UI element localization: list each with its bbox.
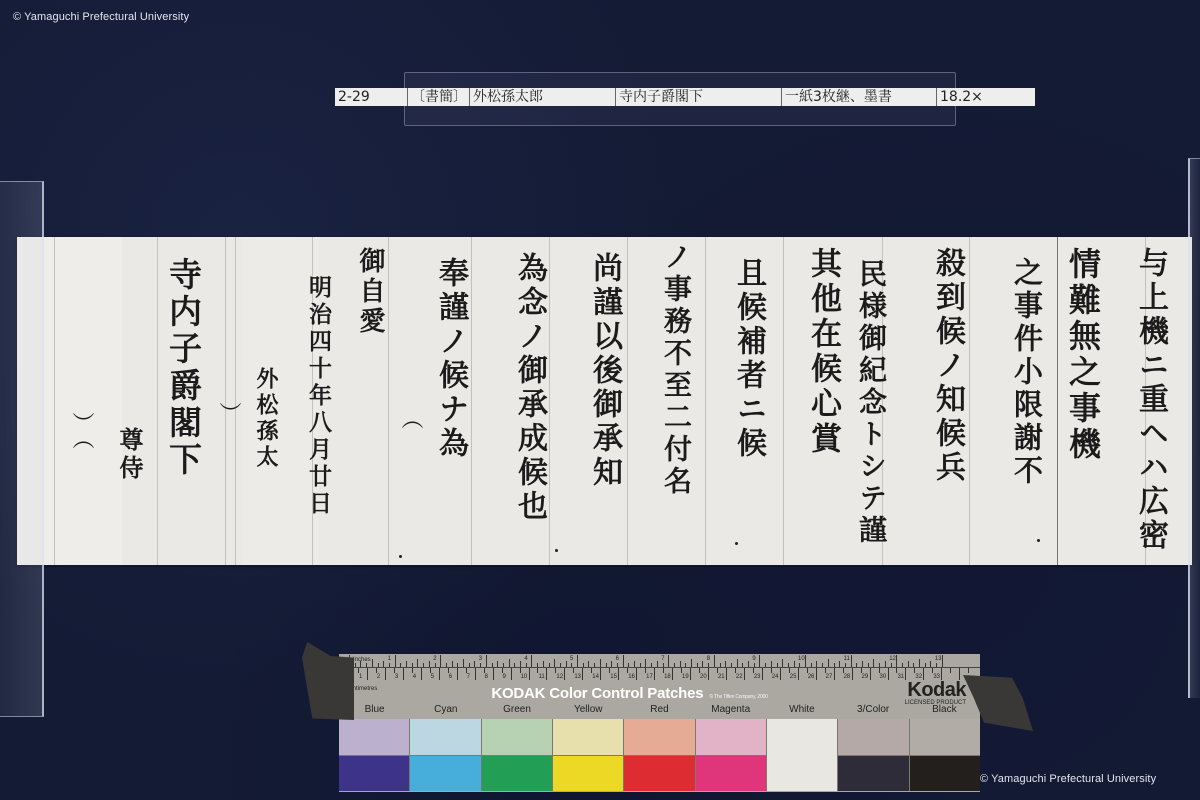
inch-tick — [463, 659, 464, 667]
inch-tick — [839, 661, 840, 667]
patch-column — [767, 719, 838, 791]
manuscript-column: 明治四十年八月廿日 — [307, 275, 330, 518]
inch-tick — [811, 663, 812, 667]
inch-tick — [754, 663, 755, 667]
color-patch-tint — [482, 719, 552, 756]
cm-mark-label: 9 — [503, 674, 506, 680]
cm-tick — [636, 668, 637, 680]
cm-tick — [654, 668, 655, 680]
inch-tick — [480, 663, 481, 667]
cm-tick — [475, 668, 476, 680]
inch-tick — [554, 659, 555, 667]
inch-tick — [930, 661, 931, 667]
inch-tick — [526, 663, 527, 667]
cm-tick — [753, 668, 754, 673]
cm-tick — [789, 668, 790, 673]
cm-tick — [699, 668, 700, 673]
cm-tick — [493, 668, 494, 680]
centimetre-scale: 1234567891011121314151617181920212223242… — [339, 668, 980, 684]
cm-tick — [762, 668, 763, 680]
inch-tick — [663, 663, 664, 667]
paper-fold — [627, 237, 628, 565]
cm-mark-label: 31 — [897, 674, 904, 680]
ink-dot — [735, 542, 738, 545]
inch-tick — [395, 655, 396, 667]
inch-tick — [383, 661, 384, 667]
cm-mark-label: 1 — [359, 674, 362, 680]
cm-tick — [798, 668, 799, 680]
inch-tick — [457, 663, 458, 667]
color-patches — [339, 719, 980, 791]
cm-tick — [896, 668, 897, 673]
color-patch-tint — [410, 719, 480, 756]
manuscript-column: 寺内子爵閣下 — [167, 257, 200, 479]
cm-tick — [780, 668, 781, 680]
inch-tick — [640, 663, 641, 667]
patch-column — [553, 719, 624, 791]
cm-tick — [627, 668, 628, 673]
cm-tick — [394, 668, 395, 673]
color-patch-solid — [624, 756, 694, 792]
inch-tick — [509, 659, 510, 667]
cm-tick — [825, 668, 826, 673]
inch-tick — [788, 663, 789, 667]
inch-mark-label: 7 — [661, 656, 664, 662]
cm-tick — [645, 668, 646, 673]
inch-tick — [628, 663, 629, 667]
color-patch-tint — [624, 719, 694, 756]
color-patch-solid — [482, 756, 552, 792]
manuscript-column: 為念ノ御承成候也 — [514, 252, 544, 524]
inch-tick — [440, 655, 441, 667]
cm-tick — [681, 668, 682, 673]
patch-label-red: Red — [624, 704, 695, 718]
cm-tick — [950, 668, 951, 673]
cm-tick — [609, 668, 610, 673]
label-cell: 18.2× — [937, 88, 1035, 106]
cm-mark-label: 4 — [413, 674, 416, 680]
paper-fold — [157, 237, 158, 565]
inch-tick — [645, 659, 646, 667]
manuscript-column: 奉謹ノ候ナ為 — [435, 257, 465, 461]
patch-column — [482, 719, 553, 791]
cm-mark-label: 18 — [664, 674, 671, 680]
cm-tick — [546, 668, 547, 680]
punctuation-mark: ） — [217, 402, 239, 428]
inch-tick — [759, 655, 760, 667]
color-patch-solid — [553, 756, 623, 792]
kodak-logo: Kodak — [907, 679, 966, 702]
cm-mark-label: 20 — [700, 674, 707, 680]
cm-tick — [726, 668, 727, 680]
paper-sheet-join — [1057, 237, 1058, 565]
ink-dot — [555, 549, 558, 552]
inch-tick — [668, 655, 669, 667]
cm-mark-label: 15 — [610, 674, 617, 680]
inch-tick — [560, 663, 561, 667]
cm-tick — [618, 668, 619, 680]
inch-tick — [799, 663, 800, 667]
cm-tick — [591, 668, 592, 673]
inch-mark-label: 6 — [616, 656, 619, 662]
cm-mark-label: 10 — [521, 674, 528, 680]
inch-mark-label: 13 — [935, 656, 942, 662]
inch-tick — [617, 663, 618, 667]
cm-tick — [914, 668, 915, 673]
cm-tick — [529, 668, 530, 680]
cm-mark-label: 8 — [485, 674, 488, 680]
paper-fold — [388, 237, 389, 565]
inch-tick — [845, 663, 846, 667]
manuscript-column: 且候補者ニ候 — [733, 257, 763, 461]
inch-tick — [606, 663, 607, 667]
paper-sheet-join — [225, 237, 226, 565]
inch-tick — [549, 663, 550, 667]
inch-tick — [474, 661, 475, 667]
cm-mark-label: 23 — [754, 674, 761, 680]
cm-mark-label: 17 — [646, 674, 653, 680]
inch-tick — [594, 663, 595, 667]
inch-tick — [919, 659, 920, 667]
patch-column — [696, 719, 767, 791]
cm-mark-label: 11 — [538, 674, 544, 680]
manuscript-column: 殺到候ノ知候兵 — [932, 247, 962, 485]
inch-tick — [412, 663, 413, 667]
inch-tick — [794, 661, 795, 667]
inch-tick — [731, 663, 732, 667]
label-cell: 一紙3枚継、墨書 — [782, 88, 937, 106]
punctuation-mark: （ — [399, 407, 421, 433]
kodak-chart-title: KODAK Color Control Patches© The Tiffen … — [339, 685, 980, 702]
patch-column — [410, 719, 481, 791]
cm-mark-label: 6 — [449, 674, 452, 680]
manuscript-column: ノ事務不至二付名 — [662, 242, 690, 498]
inch-tick — [805, 655, 806, 667]
inch-tick — [891, 663, 892, 667]
inch-tick — [389, 663, 390, 667]
cm-tick — [520, 668, 521, 673]
cm-tick — [843, 668, 844, 673]
label-cell: 2-29 — [335, 88, 408, 106]
color-patch-solid — [838, 756, 908, 792]
ink-dot — [399, 555, 402, 558]
kodak-color-control-chart: Inches 12345678910111213 123456789101112… — [339, 654, 980, 792]
cm-mark-label: 13 — [574, 674, 581, 680]
glass-holder-left — [0, 181, 44, 717]
inch-tick — [936, 663, 937, 667]
inch-tick — [588, 661, 589, 667]
inch-tick — [856, 663, 857, 667]
inch-tick — [360, 661, 361, 667]
cm-mark-label: 24 — [772, 674, 779, 680]
cm-tick — [663, 668, 664, 673]
color-patch-tint — [553, 719, 623, 756]
inch-tick — [742, 663, 743, 667]
inch-tick — [873, 659, 874, 667]
inch-tick — [902, 663, 903, 667]
inch-tick — [896, 655, 897, 667]
cm-tick — [403, 668, 404, 680]
inch-tick — [583, 663, 584, 667]
cm-mark-label: 25 — [790, 674, 797, 680]
cm-tick — [367, 668, 368, 680]
manuscript-column: 尊侍 — [117, 427, 141, 483]
cm-mark-label: 22 — [736, 674, 743, 680]
inch-tick — [492, 663, 493, 667]
cm-mark-label: 28 — [844, 674, 851, 680]
inch-tick — [417, 659, 418, 667]
cm-tick — [735, 668, 736, 673]
inch-tick — [691, 659, 692, 667]
glass-holder-right — [1188, 158, 1200, 698]
cm-tick — [870, 668, 871, 680]
inch-tick — [486, 655, 487, 667]
cm-tick — [932, 668, 933, 673]
cm-tick — [430, 668, 431, 673]
inch-tick — [577, 655, 578, 667]
label-cell: 〔書簡〕 — [408, 88, 470, 106]
punctuation-mark: ）（ — [70, 412, 92, 453]
inch-tick — [423, 663, 424, 667]
color-patch-tint — [696, 719, 766, 756]
manuscript-column: 外松孫太 — [255, 367, 277, 471]
manuscript-column: 情難無之事機 — [1067, 247, 1099, 463]
cm-mark-label: 26 — [808, 674, 815, 680]
cm-tick — [888, 668, 889, 680]
inch-tick — [537, 663, 538, 667]
ruler: Inches 12345678910111213 123456789101112… — [339, 654, 980, 684]
inch-mark-label: 2 — [433, 656, 436, 662]
inch-tick — [503, 663, 504, 667]
paper-fold — [549, 237, 550, 565]
inch-tick — [406, 661, 407, 667]
inch-tick — [520, 661, 521, 667]
patch-label-yellow: Yellow — [553, 704, 624, 718]
color-patch-tint — [838, 719, 908, 756]
inch-tick — [702, 661, 703, 667]
paper-fold — [783, 237, 784, 565]
cm-mark-label: 5 — [431, 674, 434, 680]
patch-label-magenta: Magenta — [695, 704, 766, 718]
inch-tick — [378, 663, 379, 667]
cm-mark-label: 2 — [377, 674, 380, 680]
inch-tick — [925, 663, 926, 667]
paper-fold — [54, 237, 55, 565]
cm-tick — [690, 668, 691, 680]
inch-tick — [885, 661, 886, 667]
inch-tick — [782, 659, 783, 667]
inch-tick — [623, 655, 624, 667]
inch-tick — [435, 663, 436, 667]
patch-column — [339, 719, 410, 791]
inch-tick — [355, 663, 356, 667]
patch-label-black: Black — [909, 704, 980, 718]
paper-fold — [235, 237, 236, 565]
cm-mark-label: 3 — [395, 674, 398, 680]
tiffen-copyright: © The Tiffen Company, 2000 — [709, 694, 767, 700]
cm-tick — [385, 668, 386, 680]
cm-tick — [537, 668, 538, 673]
manuscript-column: 之事件小限謝不 — [1012, 257, 1041, 488]
cm-tick — [502, 668, 503, 673]
cm-mark-label: 27 — [826, 674, 833, 680]
inch-mark-label: 5 — [570, 656, 573, 662]
inch-mark-label: 9 — [752, 656, 755, 662]
copyright-notice-top: © Yamaguchi Prefectural University — [13, 11, 189, 23]
inch-tick — [771, 661, 772, 667]
cm-tick — [484, 668, 485, 673]
manuscript-column: 尚謹以後御承知 — [589, 252, 619, 490]
color-patch — [767, 719, 837, 791]
cm-mark-label: 19 — [682, 674, 689, 680]
cm-tick — [717, 668, 718, 673]
catalog-label-strip: 2-29〔書簡〕外松孫太郎寺内子爵閣下一紙3枚継、墨書18.2× — [335, 88, 1035, 106]
cm-tick — [968, 668, 969, 673]
cm-tick — [448, 668, 449, 673]
cm-mark-label: 29 — [862, 674, 869, 680]
manuscript-column: 民様御紀念トシテ謹 — [857, 259, 885, 547]
cm-tick — [511, 668, 512, 680]
cm-tick — [582, 668, 583, 680]
kodak-title-text: KODAK Color Control Patches — [491, 685, 703, 702]
inch-tick — [446, 663, 447, 667]
inch-tick — [372, 659, 373, 667]
inch-tick — [765, 663, 766, 667]
inch-tick — [777, 663, 778, 667]
cm-tick — [879, 668, 880, 673]
inch-tick — [366, 663, 367, 667]
cm-tick — [744, 668, 745, 680]
inch-tick — [497, 661, 498, 667]
inch-tick — [531, 655, 532, 667]
cm-tick — [358, 668, 359, 673]
label-cell: 寺内子爵閣下 — [616, 88, 782, 106]
cm-tick — [564, 668, 565, 680]
patch-label-cyan: Cyan — [410, 704, 481, 718]
cm-tick — [816, 668, 817, 680]
inch-tick — [725, 661, 726, 667]
patch-labels: BlueCyanGreenYellowRedMagentaWhite3/Colo… — [339, 704, 980, 718]
inch-tick — [942, 655, 943, 667]
patch-column — [624, 719, 695, 791]
inch-tick — [913, 663, 914, 667]
copyright-notice-bottom: © Yamaguchi Prefectural University — [980, 773, 1156, 785]
inch-tick — [851, 655, 852, 667]
inch-mark-label: 12 — [889, 656, 896, 662]
inch-mark-label: 4 — [524, 656, 527, 662]
ink-dot — [1037, 539, 1040, 542]
cm-tick — [421, 668, 422, 680]
cm-tick — [905, 668, 906, 680]
cm-tick — [672, 668, 673, 680]
inch-tick — [657, 661, 658, 667]
cm-tick — [852, 668, 853, 680]
inch-tick — [737, 659, 738, 667]
cm-tick — [555, 668, 556, 673]
cm-mark-label: 12 — [556, 674, 563, 680]
inch-tick — [651, 663, 652, 667]
inch-tick — [748, 661, 749, 667]
inch-tick — [469, 663, 470, 667]
manuscript-column: 其他在候心賞 — [807, 247, 838, 457]
inch-tick — [680, 661, 681, 667]
label-cell: 外松孫太郎 — [470, 88, 616, 106]
inch-mark-label: 11 — [844, 656, 850, 662]
color-patch-solid — [696, 756, 766, 792]
manuscript-column: 御自愛 — [357, 247, 383, 337]
inch-tick — [611, 661, 612, 667]
cm-tick — [376, 668, 377, 673]
manuscript-column: 与上機ニ重ヘハ広密 — [1135, 247, 1165, 553]
cm-tick — [600, 668, 601, 680]
inch-mark-label: 3 — [479, 656, 482, 662]
cm-tick — [573, 668, 574, 673]
cm-tick — [466, 668, 467, 673]
cm-mark-label: 14 — [592, 674, 599, 680]
inch-mark-label: 8 — [707, 656, 710, 662]
inch-tick — [708, 663, 709, 667]
inch-tick — [697, 663, 698, 667]
color-patch-solid — [410, 756, 480, 792]
inch-mark-label: 10 — [798, 656, 805, 662]
cm-tick — [439, 668, 440, 680]
cm-mark-label: 21 — [718, 674, 725, 680]
color-patch-tint — [339, 719, 409, 756]
cm-mark-label: 30 — [880, 674, 887, 680]
inch-tick — [720, 663, 721, 667]
cm-tick — [834, 668, 835, 680]
cm-tick — [412, 668, 413, 673]
inch-mark-label: 1 — [388, 656, 391, 662]
inch-tick — [834, 663, 835, 667]
inch-tick — [514, 663, 515, 667]
patch-column — [910, 719, 980, 791]
paper-fold — [471, 237, 472, 565]
cm-tick — [861, 668, 862, 673]
inch-tick — [634, 661, 635, 667]
cm-mark-label: 16 — [628, 674, 635, 680]
inch-tick — [674, 663, 675, 667]
inch-tick — [879, 663, 880, 667]
patch-label-white: White — [766, 704, 837, 718]
inch-tick — [828, 659, 829, 667]
cm-tick — [807, 668, 808, 673]
color-patch-solid — [339, 756, 409, 792]
inch-tick — [714, 655, 715, 667]
patch-column — [838, 719, 909, 791]
color-patch-tint — [910, 719, 980, 756]
cm-mark-label: 7 — [467, 674, 470, 680]
inch-tick — [600, 659, 601, 667]
inch-tick — [566, 661, 567, 667]
inch-tick — [429, 661, 430, 667]
inch-tick — [543, 661, 544, 667]
inch-scale: Inches 12345678910111213 — [339, 654, 980, 668]
manuscript-letter: ）（ ） （ 寺内子爵閣下尊侍外松孫太明治四十年八月廿日御自愛奉謹ノ候ナ為為念ノ… — [17, 237, 1192, 565]
cm-tick — [457, 668, 458, 680]
inch-tick — [685, 663, 686, 667]
patch-label-3-color: 3/Color — [838, 704, 909, 718]
cm-tick — [708, 668, 709, 680]
inch-tick — [400, 663, 401, 667]
inch-tick — [862, 661, 863, 667]
inch-tick — [868, 663, 869, 667]
inch-tick — [908, 661, 909, 667]
inch-tick — [452, 661, 453, 667]
patch-label-green: Green — [481, 704, 552, 718]
paper-fold — [969, 237, 970, 565]
inch-tick — [816, 661, 817, 667]
